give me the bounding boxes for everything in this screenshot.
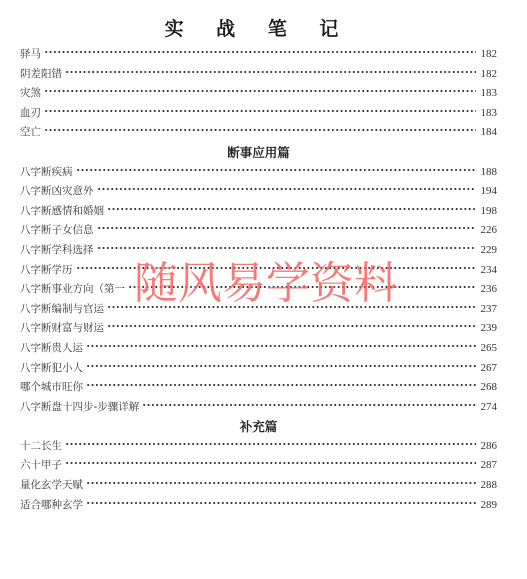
dot-leader [76,262,477,274]
toc-entry[interactable]: 八字断感情和婚姻 198 [20,202,497,222]
entry-page: 194 [476,182,497,202]
entry-page: 288 [476,476,497,496]
entry-page: 198 [476,202,497,222]
entry-title: 空亡 [20,123,44,143]
toc-entry[interactable]: 八字断贵人运 265 [20,339,497,359]
entry-page: 183 [476,84,497,104]
entry-title: 阴差阳错 [20,65,65,85]
entry-title: 八字断学历 [20,261,76,281]
toc-entry[interactable]: 八字断凶灾意外 194 [20,182,497,202]
entry-page: 265 [476,339,497,359]
entry-page: 188 [476,163,497,183]
entry-title: 八字断财富与财运 [20,319,107,339]
dot-leader [107,203,476,215]
entry-title: 八字断疾病 [20,163,76,183]
toc-entry[interactable]: 灾煞 183 [20,84,497,104]
entry-page: 287 [476,456,497,476]
dot-leader [65,66,476,78]
entry-title: 八字断盘十四步-步骤详解 [20,398,142,418]
entry-page: 289 [476,496,497,516]
entry-page: 234 [476,261,497,281]
toc-entry[interactable]: 哪个城市旺你 268 [20,378,497,398]
entry-title: 十二长生 [20,437,65,457]
toc-entry[interactable]: 八字断学历 234 [20,261,497,281]
entry-title: 八字断凶灾意外 [20,182,97,202]
entry-page: 182 [476,65,497,85]
dot-leader [86,477,476,489]
entry-page: 286 [476,437,497,457]
entry-title: 六十甲子 [20,456,65,476]
entry-page: 229 [476,241,497,261]
dot-leader [107,320,476,332]
toc-section-2: 断事应用篇 八字断疾病 188 八字断凶灾意外 194 八字断感情和婚姻 198… [20,143,497,417]
toc-entry[interactable]: 适合哪种玄学 289 [20,496,497,516]
entry-page: 226 [476,221,497,241]
toc-entry[interactable]: 十二长生 286 [20,437,497,457]
toc-entry[interactable]: 八字断财富与财运 239 [20,319,497,339]
entry-title: 量化玄学天赋 [20,476,86,496]
entry-title: 八字断贵人运 [20,339,86,359]
dot-leader [128,281,476,293]
entry-page: 268 [476,378,497,398]
entry-title: 八字断事业方向（第一 [20,280,128,300]
toc-entry[interactable]: 空亡 184 [20,123,497,143]
entry-title: 八字断子女信息 [20,221,97,241]
dot-leader [107,301,476,313]
section-heading: 补充篇 [20,417,497,437]
toc-entry[interactable]: 八字断犯小人 267 [20,359,497,379]
entry-title: 哪个城市旺你 [20,378,86,398]
dot-leader [44,46,476,58]
toc-entry[interactable]: 六十甲子 287 [20,456,497,476]
entry-page: 267 [476,359,497,379]
dot-leader [142,399,476,411]
dot-leader [97,242,477,254]
entry-page: 184 [476,123,497,143]
table-of-contents: 驿马 182 阴差阳错 182 灾煞 183 血刃 183 空亡 184 断事应… [20,45,497,515]
entry-title: 血刃 [20,104,44,124]
dot-leader [76,164,477,176]
dot-leader [65,438,476,450]
entry-title: 驿马 [20,45,44,65]
entry-title: 八字断编制与官运 [20,300,107,320]
toc-entry[interactable]: 量化玄学天赋 288 [20,476,497,496]
toc-entry[interactable]: 八字断学科选择 229 [20,241,497,261]
toc-entry[interactable]: 阴差阳错 182 [20,65,497,85]
section-heading: 断事应用篇 [20,143,497,163]
toc-entry[interactable]: 八字断事业方向（第一 236 [20,280,497,300]
entry-title: 适合哪种玄学 [20,496,86,516]
toc-entry[interactable]: 八字断盘十四步-步骤详解 274 [20,398,497,418]
entry-page: 182 [476,45,497,65]
toc-entry[interactable]: 八字断疾病 188 [20,163,497,183]
entry-title: 八字断感情和婚姻 [20,202,107,222]
toc-section-1: 驿马 182 阴差阳错 182 灾煞 183 血刃 183 空亡 184 [20,45,497,143]
dot-leader [86,340,476,352]
entry-page: 183 [476,104,497,124]
dot-leader [65,457,476,469]
entry-page: 237 [476,300,497,320]
dot-leader [86,497,476,509]
toc-section-3: 补充篇 十二长生 286 六十甲子 287 量化玄学天赋 288 适合哪种玄学 … [20,417,497,515]
entry-page: 239 [476,319,497,339]
dot-leader [44,85,476,97]
dot-leader [97,183,477,195]
entry-title: 八字断学科选择 [20,241,97,261]
dot-leader [97,222,477,234]
entry-page: 236 [476,280,497,300]
toc-entry[interactable]: 驿马 182 [20,45,497,65]
dot-leader [86,360,476,372]
page-title: 实 战 笔 记 [0,15,516,43]
dot-leader [86,379,476,391]
toc-entry[interactable]: 血刃 183 [20,104,497,124]
toc-entry[interactable]: 八字断编制与官运 237 [20,300,497,320]
entry-page: 274 [476,398,497,418]
toc-entry[interactable]: 八字断子女信息 226 [20,221,497,241]
dot-leader [44,105,476,117]
entry-title: 八字断犯小人 [20,359,86,379]
entry-title: 灾煞 [20,84,44,104]
dot-leader [44,124,476,136]
